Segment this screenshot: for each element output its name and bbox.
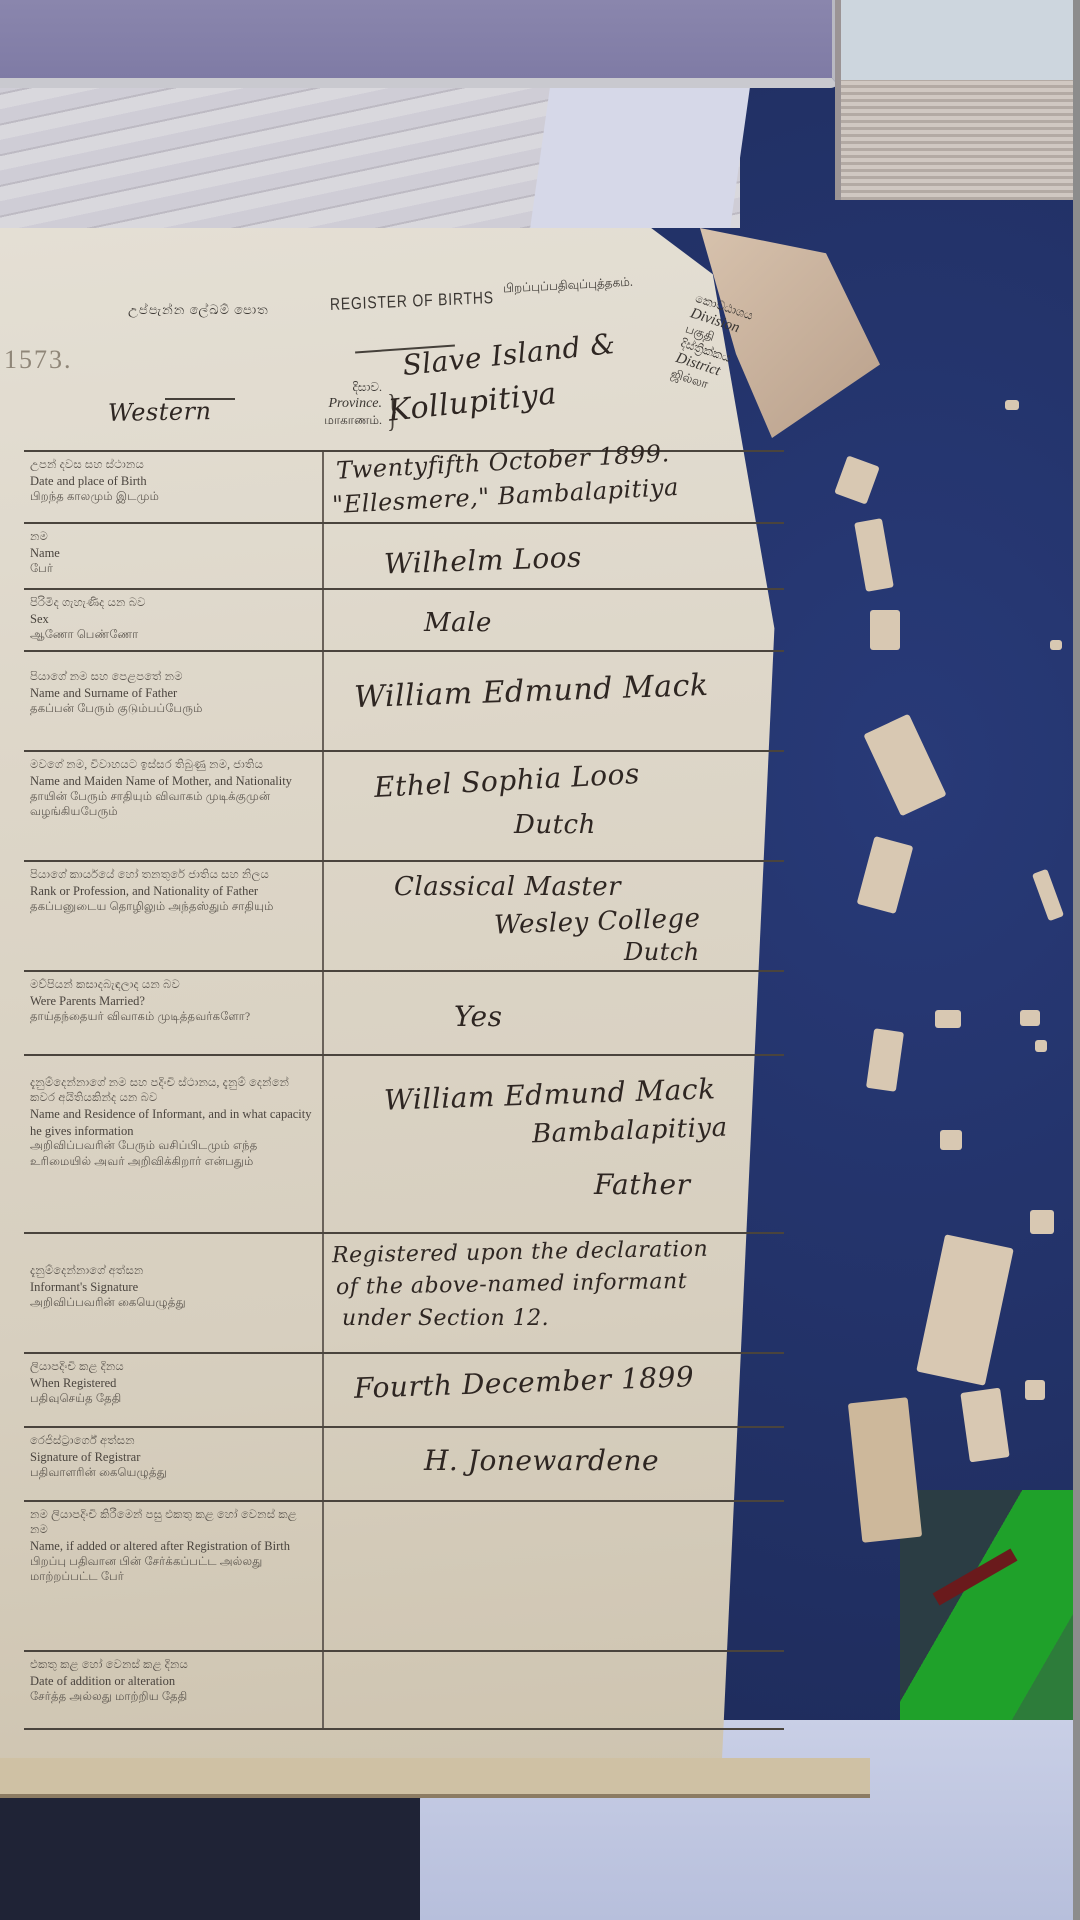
mother-name-value: Ethel Sophia Loos	[373, 757, 640, 804]
row-label: උපන් දවස සහ ස්ථානය Date and place of Bir…	[24, 458, 316, 505]
title-sinhala: උප්පැන්න ලේඛම් පොත	[128, 302, 269, 318]
row-name: නම Name பேர் Wilhelm Loos	[24, 522, 784, 588]
entry-number: 1573.	[4, 345, 73, 375]
child-name-value: Wilhelm Loos	[383, 541, 582, 581]
mother-nationality-value: Dutch	[514, 810, 596, 840]
province-label: දිසාව. Province. மாகாணம்.	[302, 380, 382, 428]
profession-value: Classical Master	[394, 872, 621, 902]
row-date-place-of-birth: උපන් දවස සහ ස්ථානය Date and place of Bir…	[24, 450, 784, 522]
province-label-si: දිසාව.	[302, 380, 382, 395]
province-rule	[165, 398, 235, 400]
registration-date-value: Fourth December 1899	[354, 1360, 695, 1405]
sex-value: Male	[424, 608, 492, 638]
father-name-value: William Edmund Mack	[353, 668, 709, 715]
row-mother-name: මවගේ නම, විවාහයට ඉස්සර තිබුණු නම, ජාතිය …	[24, 750, 784, 860]
province-value: Western	[108, 397, 212, 427]
page-bottom-edge	[0, 1758, 870, 1798]
column-divider	[322, 452, 324, 522]
row-date-of-alteration: එකතු කළ හෝ වෙනස් කළ දිනය Date of additio…	[24, 1650, 784, 1730]
registrar-signature-value: H. Jonewardene	[424, 1444, 659, 1477]
row-parents-married: මව්පියන් කසාදබැඳලාද යන බව Were Parents M…	[24, 970, 784, 1054]
row-informant-signature: දැනුම්දෙන්නාගේ අත්සන Informant's Signatu…	[24, 1232, 784, 1352]
informant-capacity-value: Father	[594, 1168, 690, 1201]
province-label-en: Province.	[302, 395, 382, 413]
signature-note-line: of the above-named informant	[336, 1269, 687, 1300]
row-father-profession: පියාගේ කාර්යයේ හෝ තනතුරේ ජාතිය සහ නිලය R…	[24, 860, 784, 970]
employer-value: Wesley College	[494, 903, 702, 940]
informant-residence-value: Bambalapitiya	[532, 1113, 729, 1150]
row-when-registered: ලියාපදිංචි කළ දිනය When Registered பதிவு…	[24, 1352, 784, 1426]
signature-note-line: Registered upon the declaration	[332, 1237, 709, 1269]
signature-note-line: under Section 12.	[342, 1306, 549, 1331]
married-value: Yes	[454, 1000, 503, 1033]
row-father-name: පියාගේ නම සහ පෙළපතේ නම Name and Surname …	[24, 650, 784, 750]
province-label-ta: மாகாணம்.	[302, 413, 382, 428]
row-name-altered: නම ලියාපදිංචි කිරීමෙන් පසු එකතු කළ හෝ වෙ…	[24, 1500, 784, 1650]
father-nationality-value: Dutch	[624, 938, 700, 966]
row-informant: දැනුම්දෙන්නාගේ නම සහ පදිංචි ස්ථානය, දැනු…	[24, 1054, 784, 1232]
informant-name-value: William Edmund Mack	[384, 1072, 717, 1117]
row-registrar-signature: රෙජිස්ට්‍රාර්ගේ අත්සන Signature of Regis…	[24, 1426, 784, 1500]
row-sex: පිරිමිද ගැහැණිද යන බව Sex ஆணோ பெண்ணோ Mal…	[24, 588, 784, 650]
